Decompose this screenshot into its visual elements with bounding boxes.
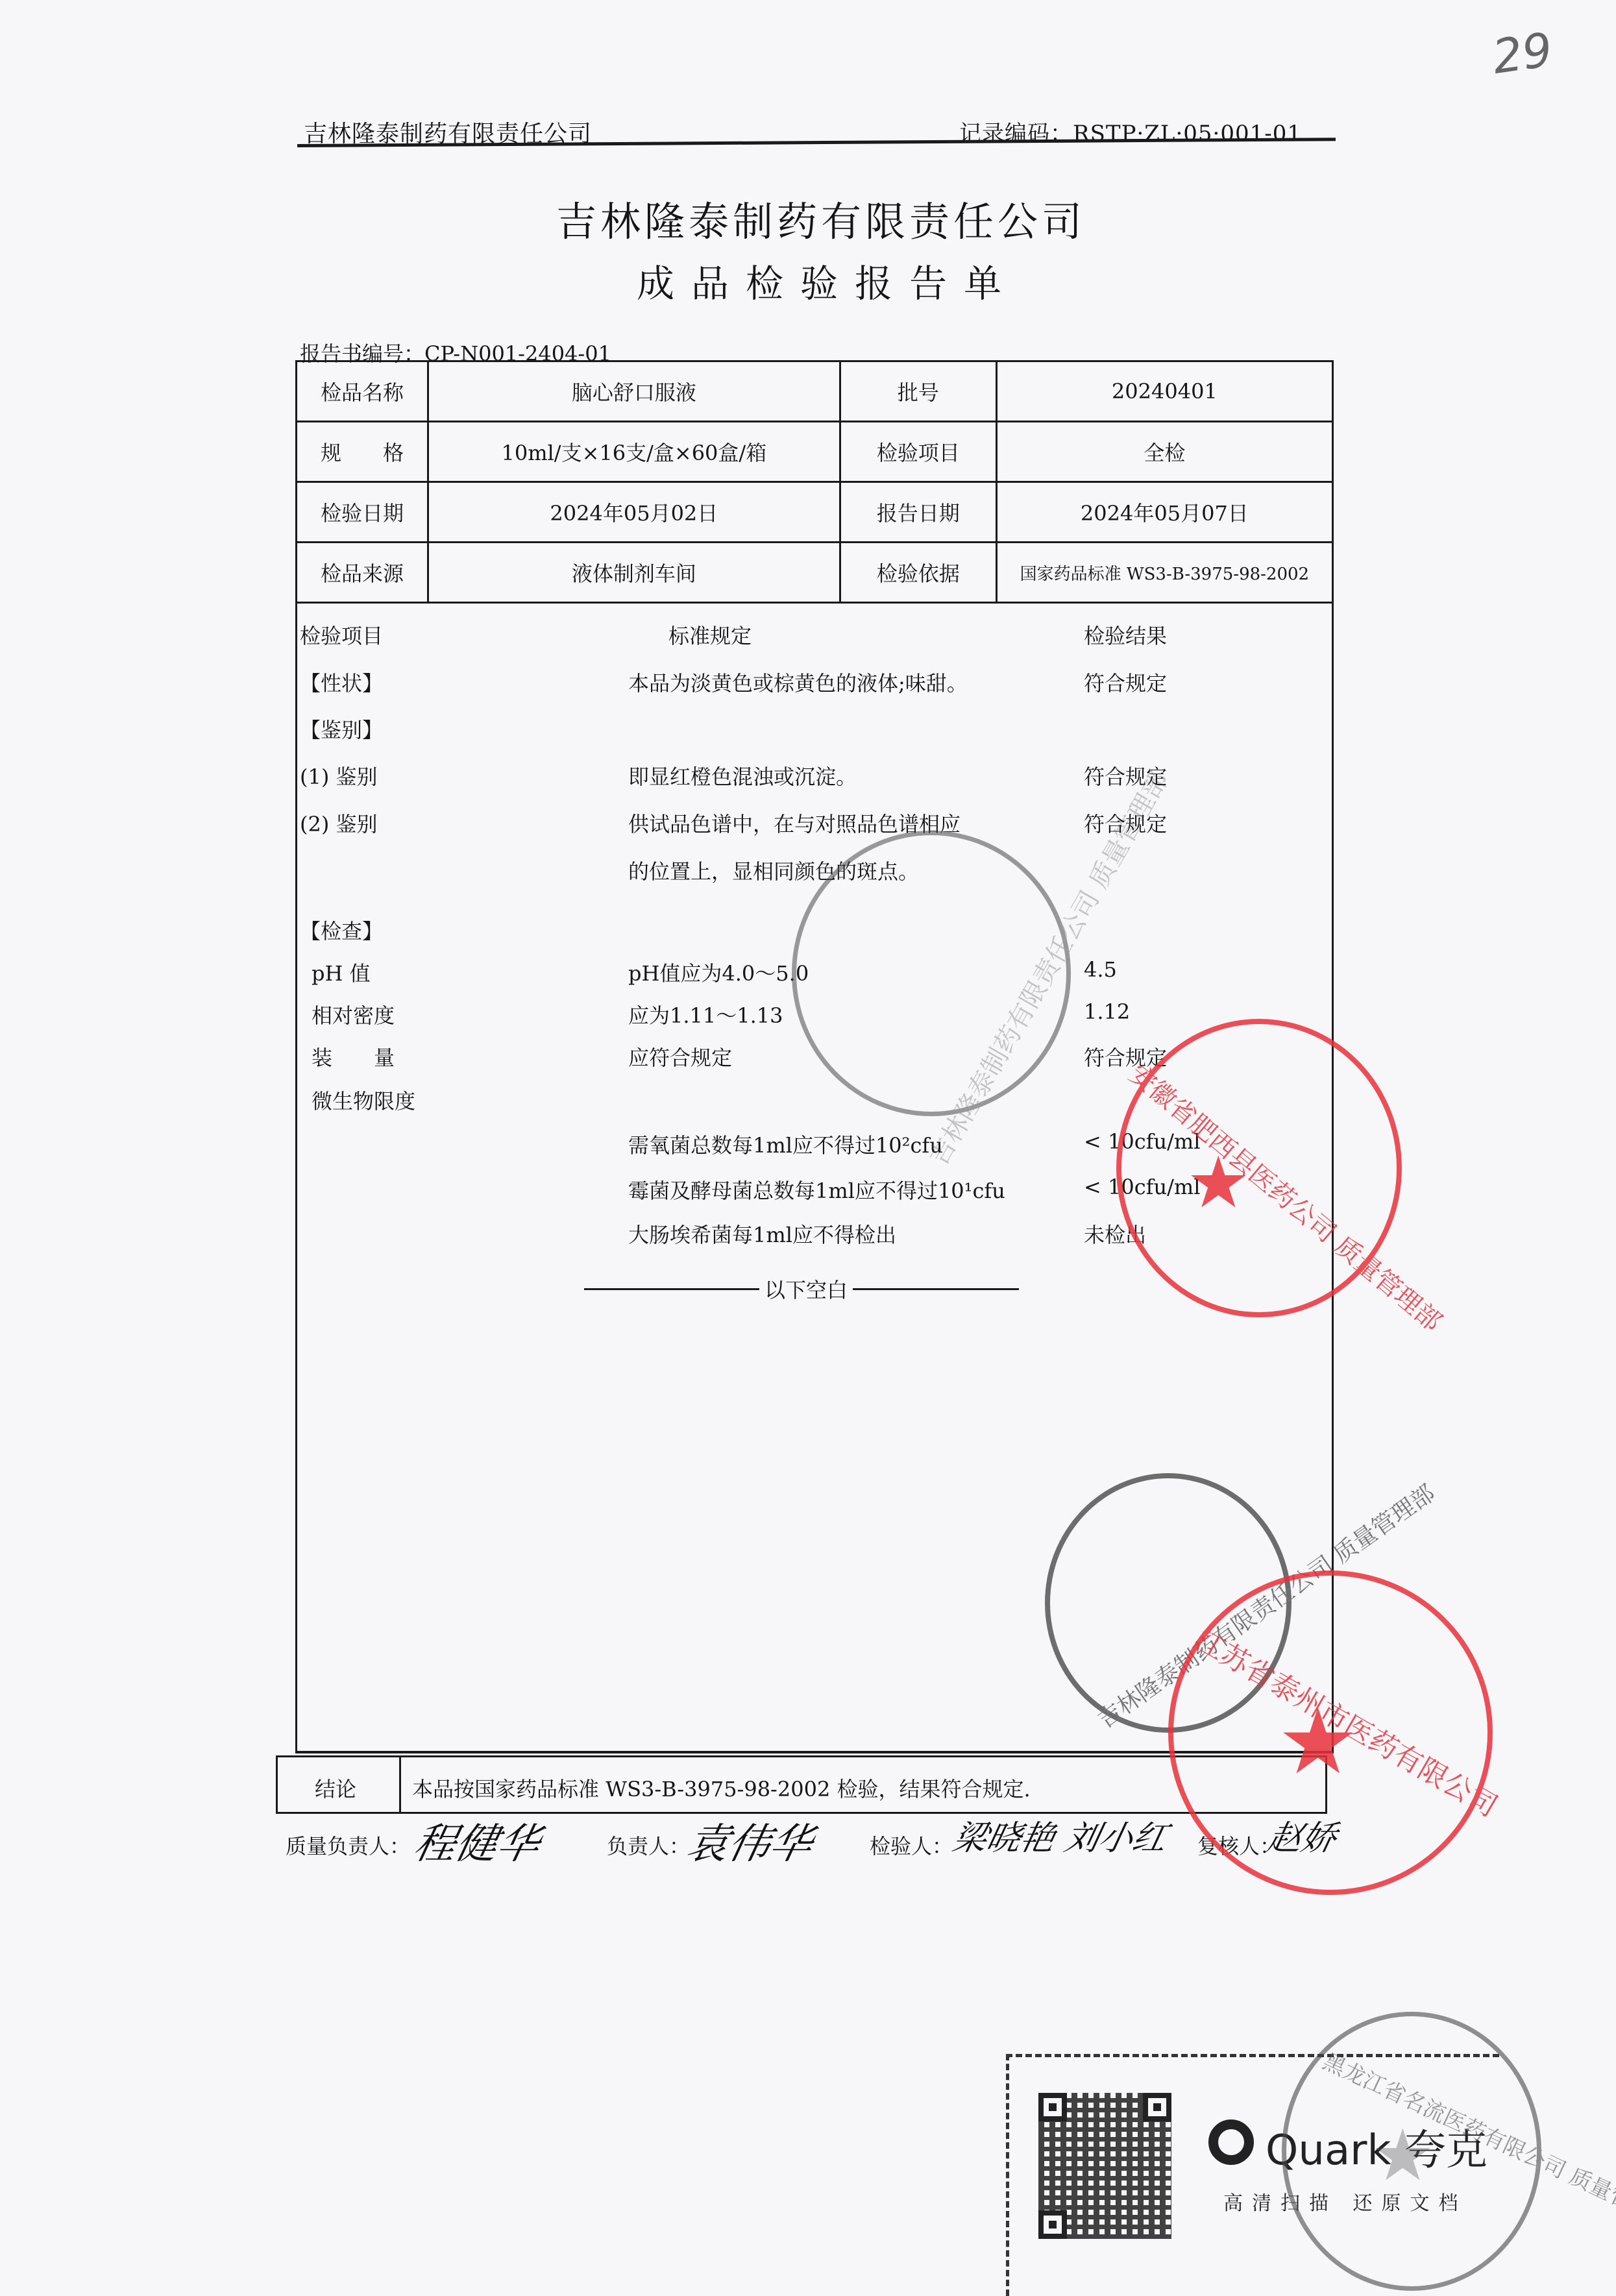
conclusion-text: 本品按国家药品标准 WS3-B-3975-98-2002 检验，结果符合规定.: [412, 1773, 1031, 1803]
conclusion-label: 结论: [315, 1773, 356, 1803]
signature-inspector: 梁晓艳 刘小红: [949, 1811, 1172, 1859]
info-value: 20240401: [996, 361, 1332, 422]
product-info-table: 检品名称 脑心舒口服液 批号 20240401 规 格 10ml/支×16支/盒…: [295, 360, 1334, 604]
col-header-result: 检验结果: [1084, 620, 1167, 650]
info-label: 批号: [840, 361, 996, 422]
red-stamp-bottom: ★ 江苏省泰州市医药有限公司: [1168, 1570, 1493, 1895]
test-standard: 霉菌及酵母菌总数每1ml应不得过10¹cfu: [628, 1175, 1005, 1204]
test-result: 符合规定: [1084, 667, 1167, 697]
test-standard: 需氧菌总数每1ml应不得过10²cfu: [628, 1129, 943, 1159]
star-icon: ★: [1371, 2114, 1435, 2197]
document-company-title: 吉林隆泰制药有限责任公司: [0, 189, 1616, 247]
info-label: 检品名称: [297, 361, 428, 422]
qr-finder-icon: [1143, 2093, 1171, 2121]
stamp-text: 黑龙江省名流医药有限公司 质量管理部: [1319, 2044, 1616, 2234]
qr-finder-icon: [1038, 2093, 1067, 2121]
document-type-title: 成品检验报告单: [0, 253, 1616, 308]
info-value: 液体制剂车间: [428, 543, 840, 603]
test-result: 1.12: [1084, 999, 1130, 1024]
test-item: 装 量: [312, 1042, 395, 1071]
info-label: 检验日期: [297, 482, 428, 543]
test-standard: 即显红橙色混浊或沉淀。: [628, 761, 857, 790]
qc-stamp-gray-mid: 吉林隆泰制药有限责任公司 质量管理部: [792, 831, 1071, 1116]
test-standard: 大肠埃希菌每1ml应不得检出: [628, 1219, 896, 1249]
test-item: 【鉴别】: [300, 714, 383, 744]
gray-stamp-corner: ★ 黑龙江省名流医药有限公司 质量管理部: [1282, 2012, 1541, 2291]
signature-qa: 程健华: [409, 1811, 546, 1870]
info-label: 检验依据: [840, 543, 996, 603]
info-value: 国家药品标准 WS3-B-3975-98-2002: [996, 543, 1332, 603]
end-marker: 以下空白: [759, 1274, 853, 1304]
test-standard: pH值应为4.0～5.0: [628, 957, 809, 987]
signature-head: 袁伟华: [681, 1811, 819, 1870]
info-value: 脑心舒口服液: [428, 361, 840, 422]
info-value: 2024年05月02日: [428, 482, 840, 543]
info-value: 10ml/支×16支/盒×60盒/箱: [428, 422, 840, 482]
info-row: 规 格 10ml/支×16支/盒×60盒/箱 检验项目 全检: [297, 422, 1333, 482]
test-standard: 应为1.11～1.13: [628, 999, 783, 1029]
test-item: 微生物限度: [312, 1085, 415, 1115]
info-label: 报告日期: [840, 482, 996, 543]
test-standard: 应符合规定: [628, 1042, 732, 1071]
signature-label-head: 负责人：: [607, 1830, 690, 1860]
test-item: pH 值: [312, 957, 371, 987]
info-label: 规 格: [297, 422, 428, 482]
test-item: 【检查】: [300, 915, 383, 945]
qr-finder-icon: [1038, 2210, 1067, 2239]
info-row: 检验日期 2024年05月02日 报告日期 2024年05月07日: [297, 482, 1333, 543]
test-standard: 本品为淡黄色或棕黄色的液体;味甜。: [628, 667, 968, 697]
info-label: 检验项目: [840, 422, 996, 482]
conclusion-separator: [399, 1755, 401, 1814]
test-item: 相对密度: [312, 999, 395, 1029]
info-label: 检品来源: [297, 543, 428, 603]
page-number-handwritten: 29: [1489, 22, 1556, 84]
quark-logo-icon: [1208, 2119, 1254, 2165]
test-result: 4.5: [1084, 957, 1117, 982]
red-stamp-mid: ★ 安徽省肥西县医药公司 质量管理部: [1116, 1019, 1402, 1317]
col-header-standard: 标准规定: [668, 620, 752, 650]
test-item: 【性状】: [300, 667, 383, 697]
info-value: 全检: [996, 422, 1332, 482]
col-header-item: 检验项目: [300, 620, 383, 650]
test-item: (2) 鉴别: [300, 808, 378, 838]
info-value: 2024年05月07日: [996, 482, 1332, 543]
info-row: 检品名称 脑心舒口服液 批号 20240401: [297, 361, 1333, 422]
test-item: (1) 鉴别: [300, 761, 378, 790]
signature-label-inspector: 检验人：: [870, 1830, 953, 1860]
info-row: 检品来源 液体制剂车间 检验依据 国家药品标准 WS3-B-3975-98-20…: [297, 543, 1333, 603]
signature-label-qa: 质量负责人：: [286, 1830, 410, 1860]
